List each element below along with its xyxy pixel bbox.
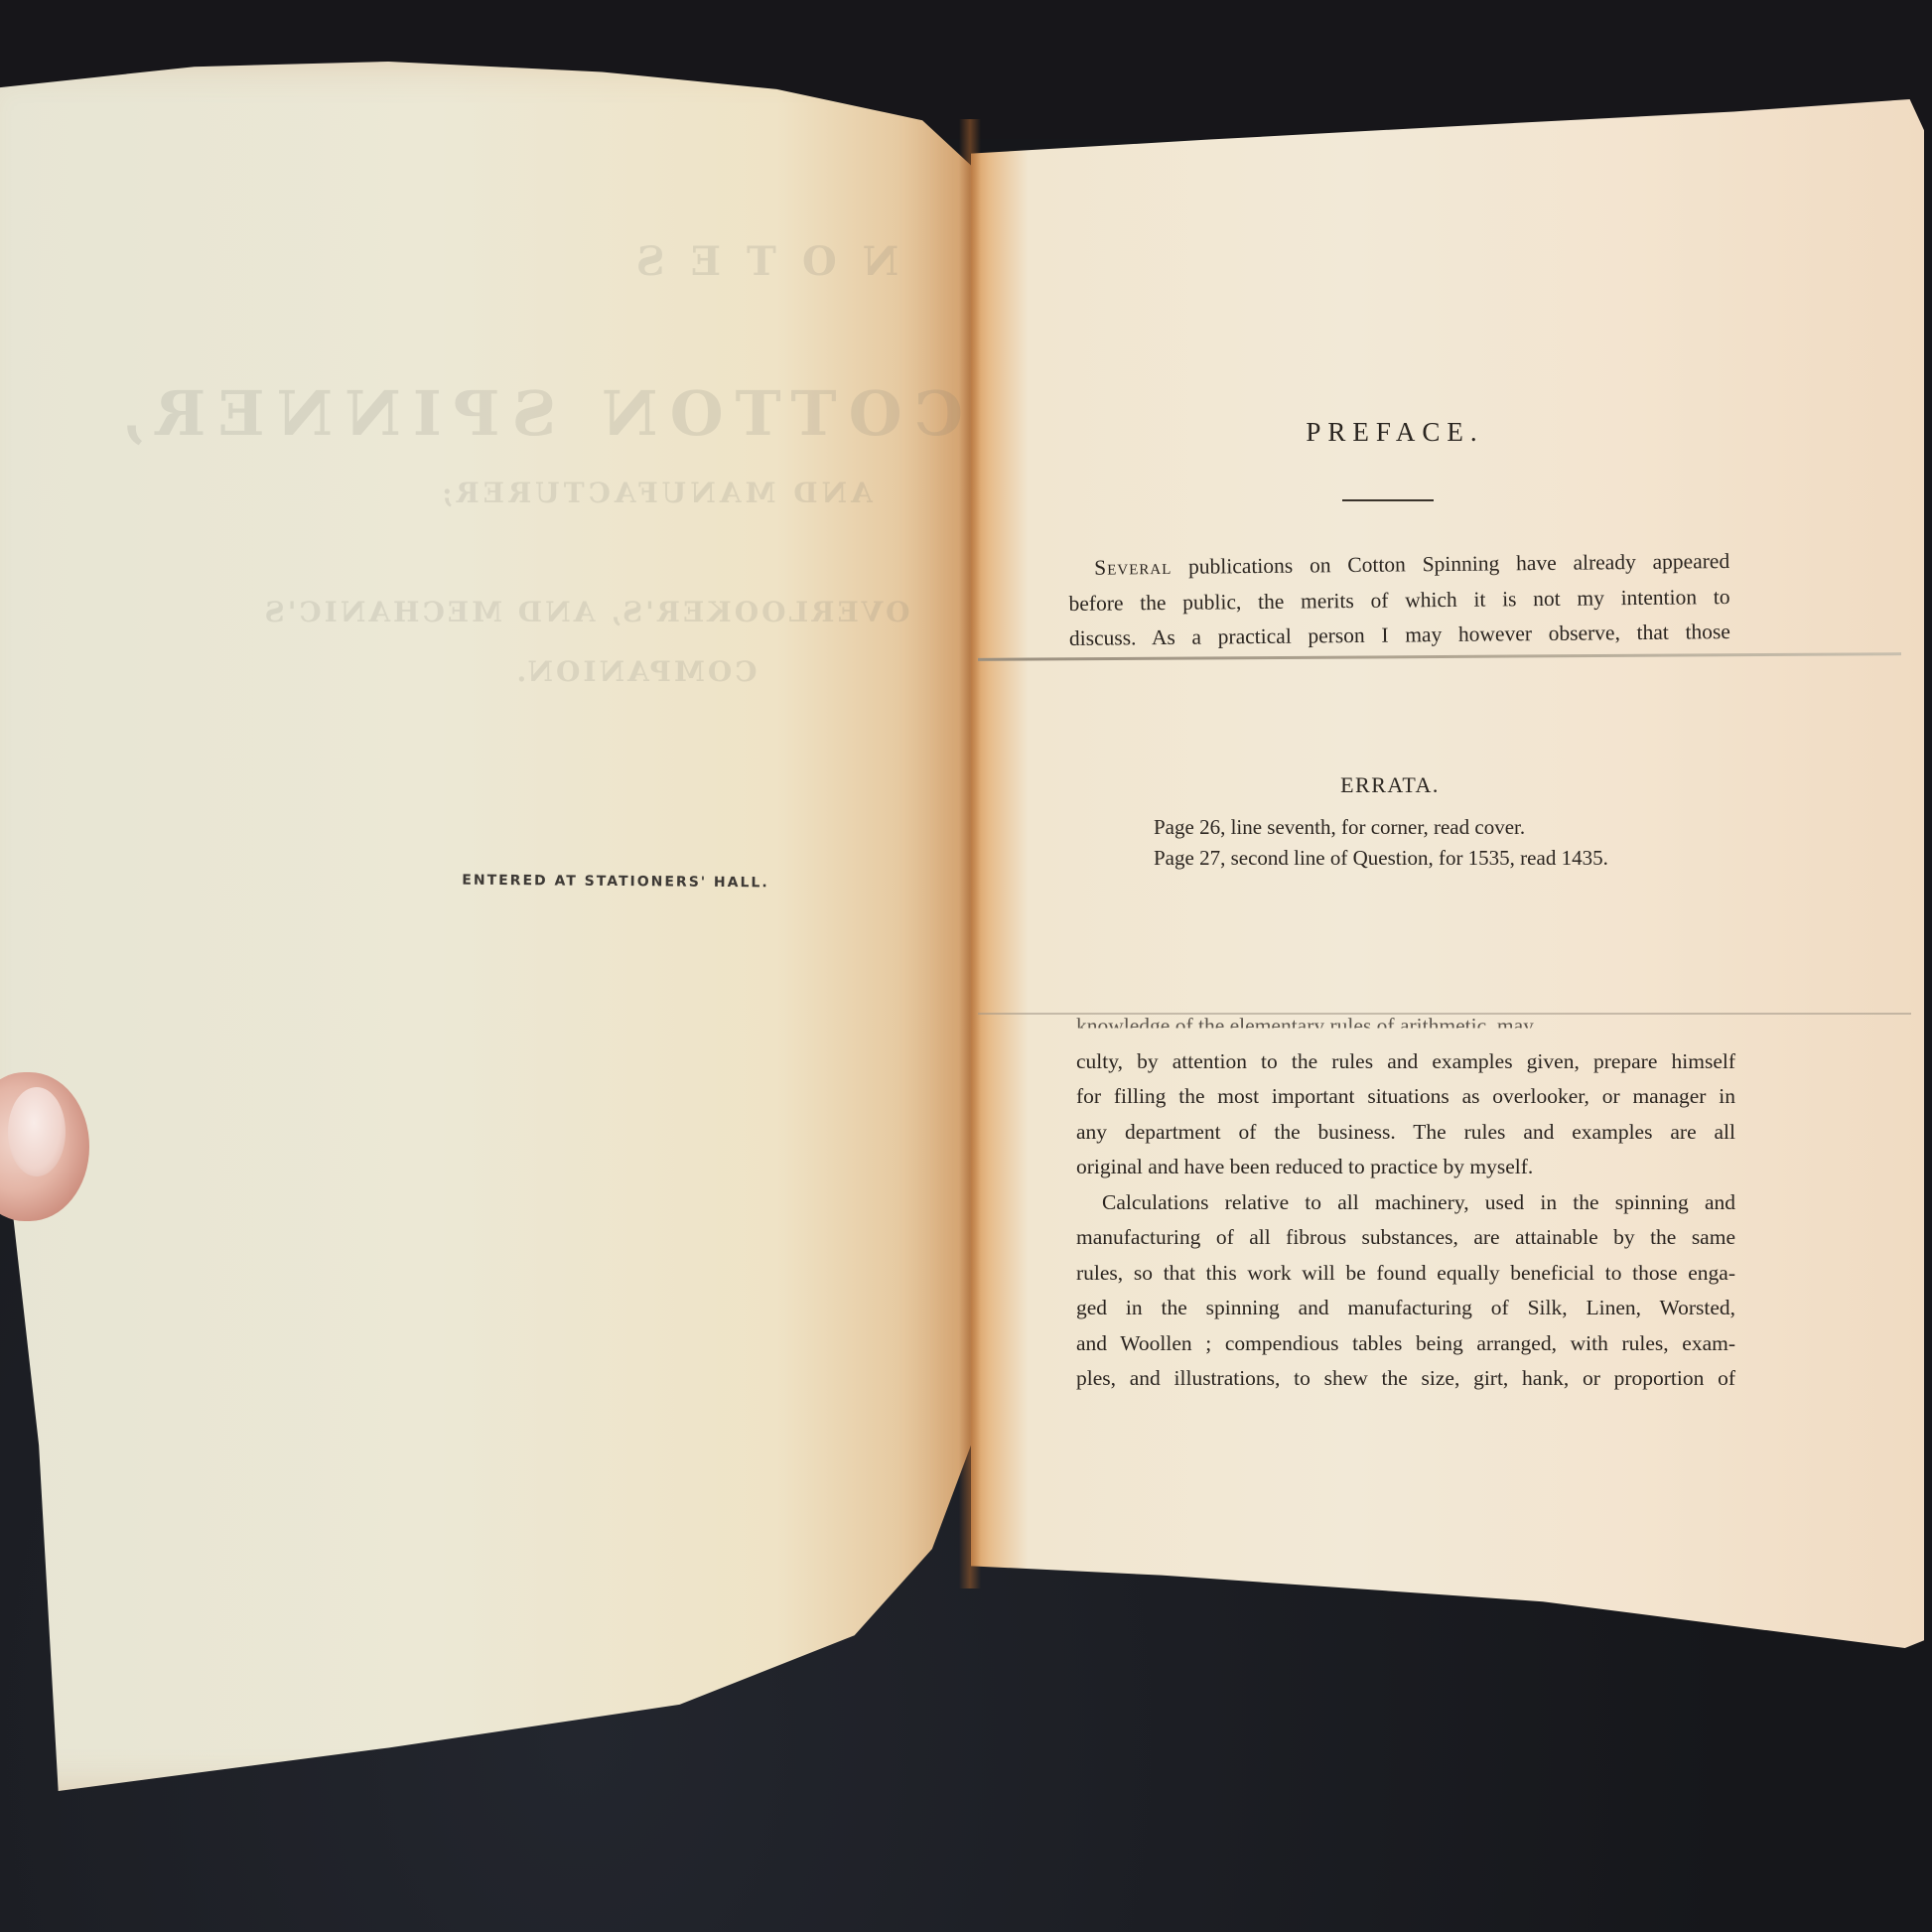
cut-off-text-line: knowledge of the elementary rules of ari… — [1076, 1009, 1735, 1044]
text-line-fragment: publications on Cotton Spinning have alr… — [1172, 549, 1729, 579]
bleed-through-title-1: NOTES — [556, 238, 953, 285]
thumbnail — [8, 1087, 66, 1176]
preface-heading: PREFACE. — [1291, 417, 1499, 448]
errata-list: Page 26, line seventh, for corner, read … — [1154, 812, 1710, 874]
errata-item: Page 27, second line of Question, for 15… — [1154, 843, 1710, 874]
bleed-through-title-4: OVERLOOKER'S, AND MECHANIC'S — [228, 596, 943, 628]
bleed-through-title-5: COMPANION. — [477, 655, 794, 688]
right-page — [971, 99, 1924, 1648]
left-page — [0, 62, 971, 1791]
text-line: discuss. As a practical person I may how… — [1069, 615, 1730, 656]
text-line: and Woollen ; compendious tables being a… — [1076, 1326, 1735, 1362]
text-line: original and have been reduced to practi… — [1076, 1150, 1735, 1185]
text-line: ged in the spinning and manufacturing of… — [1076, 1291, 1735, 1326]
text-line: ples, and illustrations, to shew the siz… — [1076, 1361, 1735, 1397]
text-line: culty, by attention to the rules and exa… — [1076, 1044, 1735, 1080]
preface-continued: knowledge of the elementary rules of ari… — [1076, 1009, 1735, 1397]
text-line: rules, so that this work will be found e… — [1076, 1256, 1735, 1292]
heading-rule — [1342, 499, 1434, 501]
stationers-hall-stamp: ENTERED AT STATIONERS' HALL. — [437, 872, 794, 891]
text-line: manufacturing of all fibrous substances,… — [1076, 1220, 1735, 1256]
book-gutter — [959, 119, 981, 1588]
lead-word: Several — [1094, 555, 1172, 580]
text-line: any department of the business. The rule… — [1076, 1115, 1735, 1151]
bleed-through-title-2: COTTON SPINNER, — [189, 377, 963, 450]
bleed-through-title-3: AND MANUFACTURER; — [377, 477, 933, 509]
preface-paragraph-1: Several publications on Cotton Spinning … — [1068, 544, 1730, 656]
text-line: Calculations relative to all machinery, … — [1076, 1185, 1735, 1221]
errata-item: Page 26, line seventh, for corner, read … — [1154, 812, 1710, 843]
errata-heading: ERRATA. — [1311, 772, 1469, 798]
text-line: for filling the most important situation… — [1076, 1079, 1735, 1115]
